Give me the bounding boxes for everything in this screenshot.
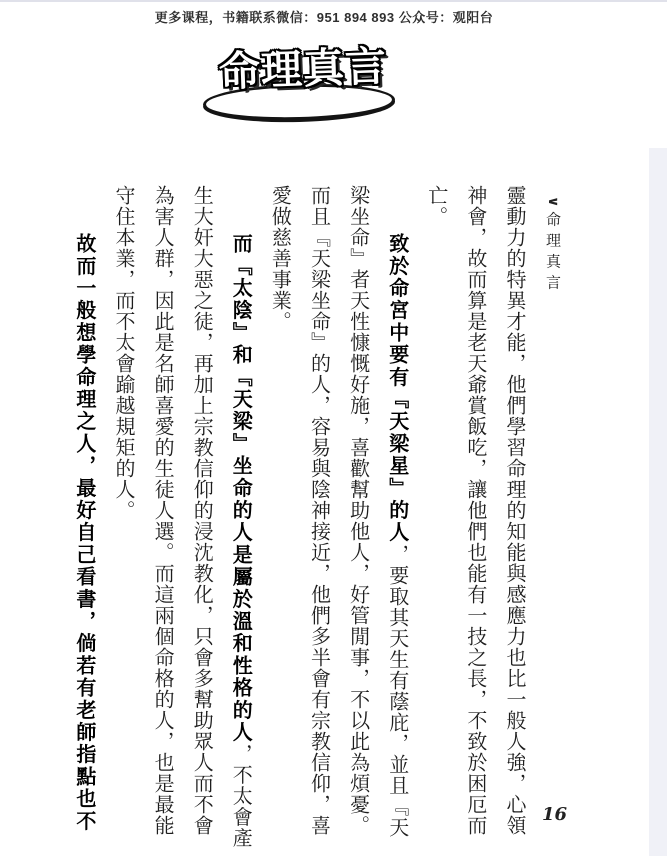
section-header-column: ∨命理真言	[543, 196, 564, 396]
page-title: 命理真言	[218, 46, 389, 93]
page-number: 16	[542, 804, 567, 825]
book-page: 更多课程，书籍联系微信：951 894 893 公众号：观阳台 命理真言 ∨命理…	[0, 0, 667, 856]
text-column: 守住本業，而不太會踰越規矩的人。	[113, 185, 135, 856]
text-column: 梁坐命』者天性慷慨好施，喜歡幫助他人，好管閒事，不以此為煩憂。	[348, 185, 370, 856]
text-column: 神會，故而算是老天爺賞飯吃，讓他們也能有一技之長，不致於困厄而	[465, 185, 487, 856]
text-column: 生大奸大惡之徒，再加上宗教信仰的浸沈教化，只會多幫助眾人而不會	[191, 185, 213, 856]
text-segment: ，不太會產	[229, 744, 253, 849]
text-segment: 而且『天梁坐命』的人，容易與陰神接近，他們多半會有宗教信仰，喜	[308, 185, 332, 836]
text-segment: 守住本業，而不太會踰越規矩的人。	[112, 185, 136, 521]
text-segment: 靈動力的特異才能，他們學習命理的知能與感應力也比一般人強，心領	[503, 185, 527, 836]
top-divider-rule	[0, 0, 667, 2]
bold-text-segment: 而『太陰』和『天梁』坐命的人是屬於溫和性格的人	[229, 233, 253, 744]
section-header-label: 命理真言	[544, 211, 562, 295]
text-segment: 梁坐命』者天性慷慨好施，喜歡幫助他人，好管閒事，不以此為煩憂。	[347, 185, 371, 836]
text-segment: 愛做慈善事業。	[268, 185, 292, 332]
text-segment: 神會，故而算是老天爺賞飯吃，讓他們也能有一技之長，不致於困厄而	[464, 185, 488, 836]
bold-text-segment: 致於命宮中要有『天梁星』的人	[386, 233, 410, 544]
header-contact-line: 更多课程，书籍联系微信：951 894 893 公众号：观阳台	[0, 7, 648, 26]
text-segment: ，要取其天生有蔭庇，並且『天	[386, 544, 410, 838]
text-column: 愛做慈善事業。	[269, 185, 291, 856]
text-column: 致於命宮中要有『天梁星』的人，要取其天生有蔭庇，並且『天	[387, 185, 409, 856]
text-column: 而『太陰』和『天梁』坐命的人是屬於溫和性格的人，不太會產	[230, 185, 252, 856]
text-column: 為害人群，因此是名師喜愛的生徒人選。而這兩個命格的人，也是最能	[152, 185, 174, 856]
text-column: 靈動力的特異才能，他們學習命理的知能與感應力也比一般人強，心領	[504, 185, 526, 856]
scan-edge-strip	[649, 148, 667, 856]
text-column: 而且『天梁坐命』的人，容易與陰神接近，他們多半會有宗教信仰，喜	[309, 185, 331, 856]
text-segment: 為害人群，因此是名師喜愛的生徒人選。而這兩個命格的人，也是最能	[151, 185, 175, 836]
text-segment: 亡。	[425, 185, 449, 227]
text-segment: 生大奸大惡之徒，再加上宗教信仰的浸沈教化，只會多幫助眾人而不會	[190, 185, 214, 836]
text-column: 亡。	[426, 185, 448, 856]
section-marker-icon: ∨	[545, 196, 561, 211]
bold-text-segment: 故而一般想學命理之人，最好自己看書，倘若有老師指點也不	[73, 233, 97, 832]
text-column: 故而一般想學命理之人，最好自己看書，倘若有老師指點也不	[74, 185, 96, 856]
